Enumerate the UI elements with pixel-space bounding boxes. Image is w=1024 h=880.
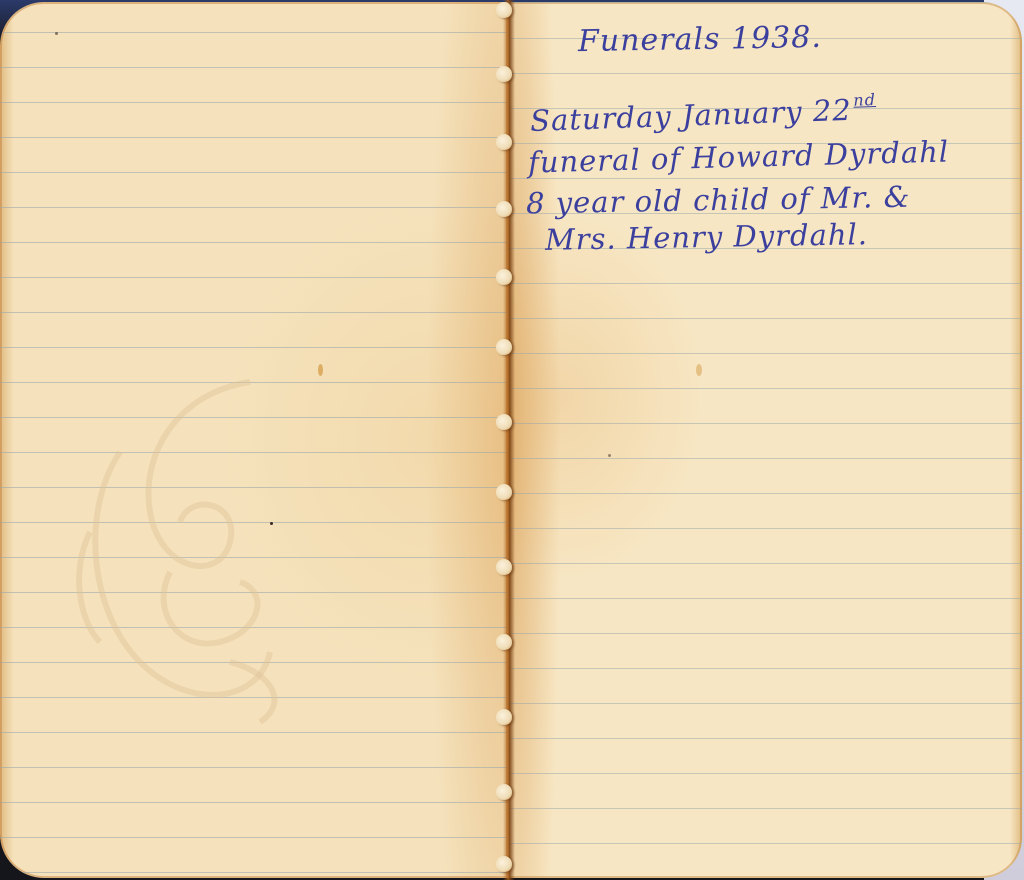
ink-speck bbox=[55, 32, 58, 35]
entry-line-child: 8 year old child of Mr. & bbox=[526, 180, 911, 221]
stain-spot bbox=[318, 364, 323, 376]
binding-staple bbox=[496, 134, 512, 150]
binding-staple bbox=[496, 856, 512, 872]
binding-staple bbox=[496, 484, 512, 500]
page-title: Funerals 1938. bbox=[578, 20, 822, 59]
binding-staple bbox=[496, 414, 512, 430]
binding-staple bbox=[496, 339, 512, 355]
bleed-through-ornament bbox=[60, 372, 310, 732]
binding-staple bbox=[496, 784, 512, 800]
binding-staple bbox=[496, 269, 512, 285]
binding-staple bbox=[496, 2, 512, 18]
scanned-notebook: Funerals 1938. Saturday January 22nd fun… bbox=[0, 0, 1024, 880]
binding-staple bbox=[496, 201, 512, 217]
binding-staple bbox=[496, 709, 512, 725]
ink-speck bbox=[270, 522, 273, 525]
binding-staple bbox=[496, 634, 512, 650]
binding-staple bbox=[496, 559, 512, 575]
ink-speck bbox=[608, 454, 611, 457]
binding-staple bbox=[496, 66, 512, 82]
entry-line-parents: Mrs. Henry Dyrdahl. bbox=[545, 217, 869, 257]
notebook-spine bbox=[503, 0, 515, 880]
left-page bbox=[0, 2, 508, 878]
ordinal-suffix: nd bbox=[853, 90, 876, 110]
stain-spot bbox=[696, 364, 702, 376]
ruled-lines bbox=[0, 2, 508, 878]
